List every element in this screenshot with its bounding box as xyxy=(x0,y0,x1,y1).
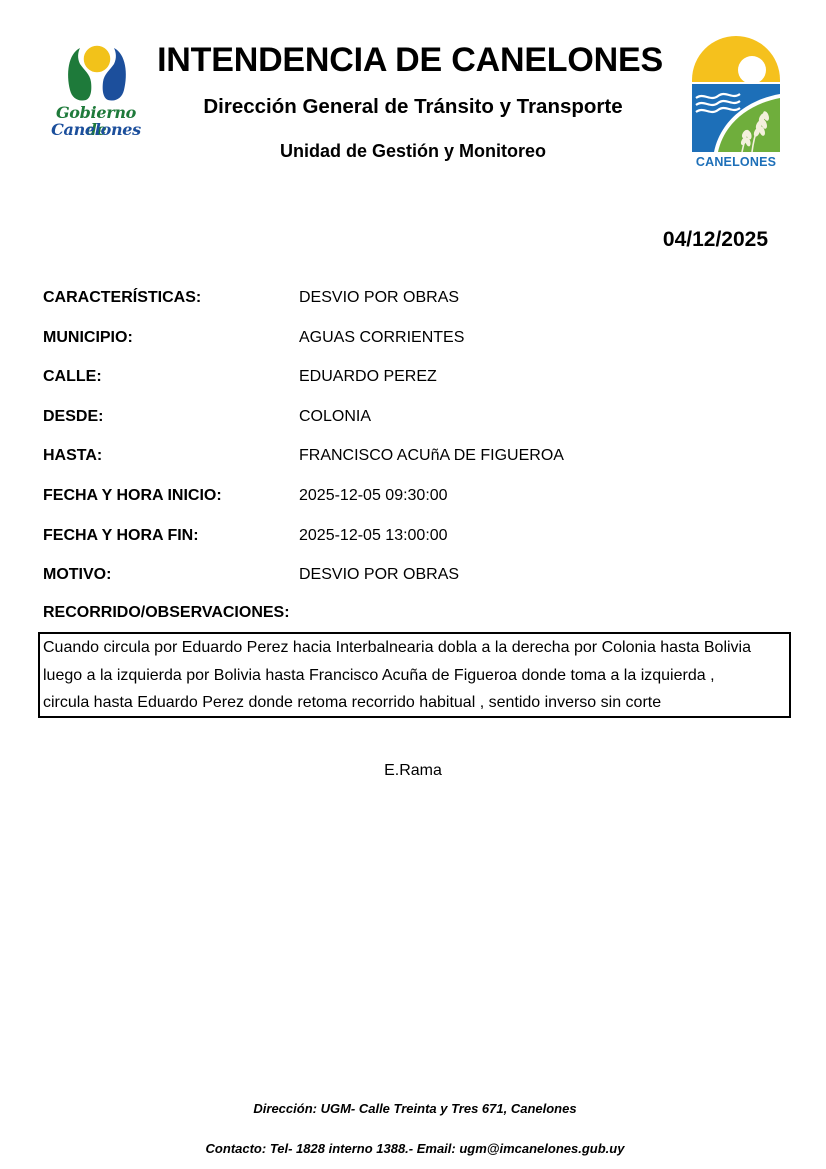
field-value: AGUAS CORRIENTES xyxy=(299,327,464,349)
field-label: MUNICIPIO: xyxy=(43,327,133,349)
unit-name: Unidad de Gestión y Monitoreo xyxy=(140,139,686,163)
field-label: DESDE: xyxy=(43,406,103,428)
field-label: HASTA: xyxy=(43,445,102,467)
field-row-desde: DESDE: COLONIA xyxy=(43,406,783,446)
field-row-municipio: MUNICIPIO: AGUAS CORRIENTES xyxy=(43,327,783,367)
observations-line: circula hasta Eduardo Perez donde retoma… xyxy=(43,689,789,717)
detail-fields: CARACTERÍSTICAS: DESVIO POR OBRAS MUNICI… xyxy=(43,287,783,604)
field-row-hasta: HASTA: FRANCISCO ACUñA DE FIGUEROA xyxy=(43,445,783,485)
observations-line: luego a la izquierda por Bolivia hasta F… xyxy=(43,662,789,690)
observations-box: Cuando circula por Eduardo Perez hacia I… xyxy=(38,632,791,718)
field-value: FRANCISCO ACUñA DE FIGUEROA xyxy=(299,445,564,467)
gobierno-de-canelones-logo: Gobierno de Canelones xyxy=(44,40,148,144)
field-value: 2025-12-05 13:00:00 xyxy=(299,525,448,547)
observations-line: Cuando circula por Eduardo Perez hacia I… xyxy=(43,634,789,662)
page-subtitle: Dirección General de Tránsito y Transpor… xyxy=(140,94,686,120)
observations-label: RECORRIDO/OBSERVACIONES: xyxy=(43,602,290,624)
field-value: COLONIA xyxy=(299,406,371,428)
logo-text-canelones-caps: CANELONES xyxy=(690,155,782,169)
field-label: FECHA Y HORA FIN: xyxy=(43,525,199,547)
signature: E.Rama xyxy=(0,760,826,782)
field-value: DESVIO POR OBRAS xyxy=(299,564,459,586)
field-row-fecha-inicio: FECHA Y HORA INICIO: 2025-12-05 09:30:00 xyxy=(43,485,783,525)
field-row-motivo: MOTIVO: DESVIO POR OBRAS xyxy=(43,564,783,604)
field-label: FECHA Y HORA INICIO: xyxy=(43,485,222,507)
canelones-department-logo: CANELONES xyxy=(690,36,782,170)
field-value: DESVIO POR OBRAS xyxy=(299,287,459,309)
document-date: 04/12/2025 xyxy=(663,227,768,253)
footer-contact: Contacto: Tel- 1828 interno 1388.- Email… xyxy=(0,1140,826,1158)
field-label: CARACTERÍSTICAS: xyxy=(43,287,201,309)
field-label: CALLE: xyxy=(43,366,102,388)
logo-text-canelones: Canelones xyxy=(44,121,148,138)
footer-address: Dirección: UGM- Calle Treinta y Tres 671… xyxy=(0,1100,826,1118)
field-row-fecha-fin: FECHA Y HORA FIN: 2025-12-05 13:00:00 xyxy=(43,525,783,565)
field-value: EDUARDO PEREZ xyxy=(299,366,437,388)
field-row-calle: CALLE: EDUARDO PEREZ xyxy=(43,366,783,406)
sun-sea-wheat-emblem-icon xyxy=(690,36,782,154)
page-title: INTENDENCIA DE CANELONES xyxy=(140,38,680,82)
gobierno-emblem-icon xyxy=(44,40,148,104)
field-row-caracteristicas: CARACTERÍSTICAS: DESVIO POR OBRAS xyxy=(43,287,783,327)
field-value: 2025-12-05 09:30:00 xyxy=(299,485,448,507)
field-label: MOTIVO: xyxy=(43,564,111,586)
